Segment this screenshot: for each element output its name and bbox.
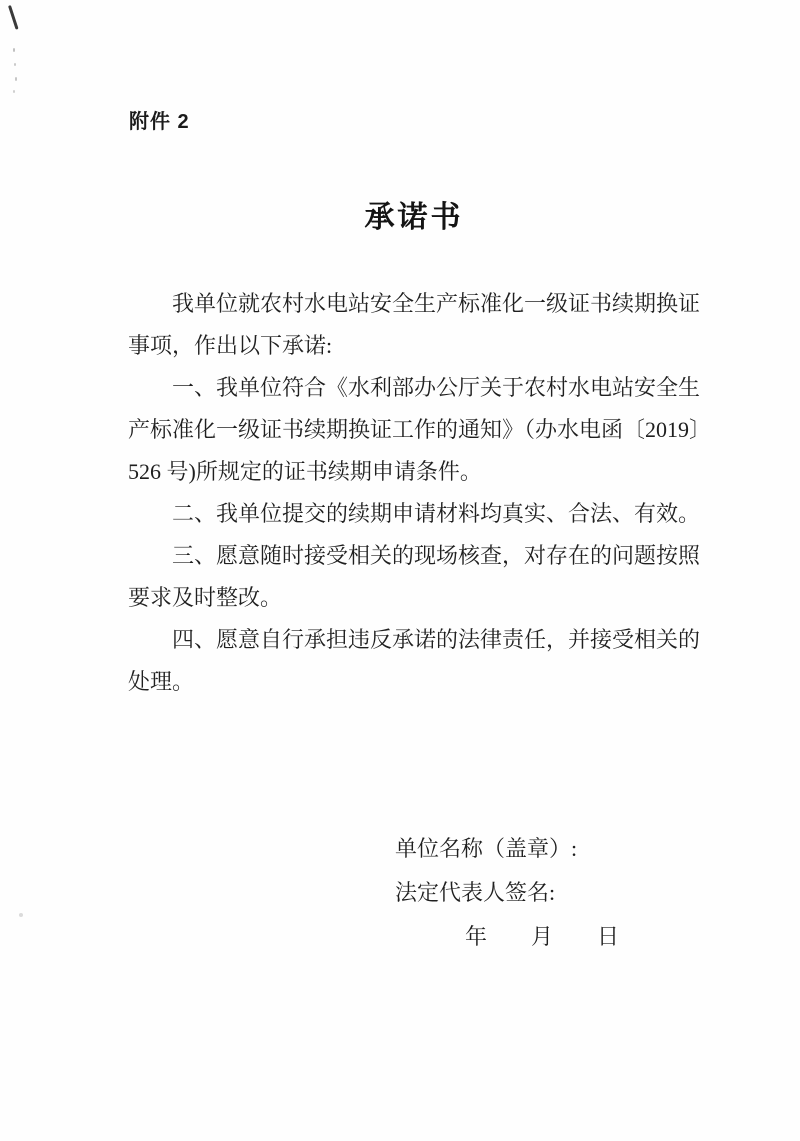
- unit-seal-label: 单位名称（盖章）:: [395, 827, 619, 871]
- scanned-document-page: 附件 2 承诺书 我单位就农村水电站安全生产标准化一级证书续期换证事项，作出以下…: [0, 0, 800, 1141]
- scan-artifact-speck: [13, 90, 15, 93]
- paragraph-item-3: 三、愿意随时接受相关的现场核查，对存在的问题按照要求及时整改。: [128, 535, 700, 619]
- signature-block: 单位名称（盖章）: 法定代表人签名: 年 月 日: [395, 827, 619, 959]
- scan-artifact-speck: [15, 77, 17, 81]
- document-title: 承诺书: [128, 192, 700, 236]
- attachment-label: 附件 2: [129, 105, 190, 134]
- scan-artifact-pen-stroke: [8, 5, 19, 30]
- scan-artifact-speck: [19, 913, 23, 917]
- scan-artifact-speck: [14, 63, 16, 66]
- paragraph-intro: 我单位就农村水电站安全生产标准化一级证书续期换证事项，作出以下承诺:: [128, 283, 700, 367]
- paragraph-item-2: 二、我单位提交的续期申请材料均真实、合法、有效。: [128, 493, 700, 535]
- scan-artifact-speck: [13, 48, 15, 52]
- legal-representative-label: 法定代表人签名:: [395, 871, 619, 915]
- document-body: 我单位就农村水电站安全生产标准化一级证书续期换证事项，作出以下承诺: 一、我单位…: [128, 283, 700, 703]
- paragraph-item-1: 一、我单位符合《水利部办公厅关于农村水电站安全生产标准化一级证书续期换证工作的通…: [128, 367, 700, 493]
- date-line: 年 月 日: [395, 915, 619, 959]
- paragraph-item-4: 四、愿意自行承担违反承诺的法律责任，并接受相关的处理。: [128, 619, 700, 703]
